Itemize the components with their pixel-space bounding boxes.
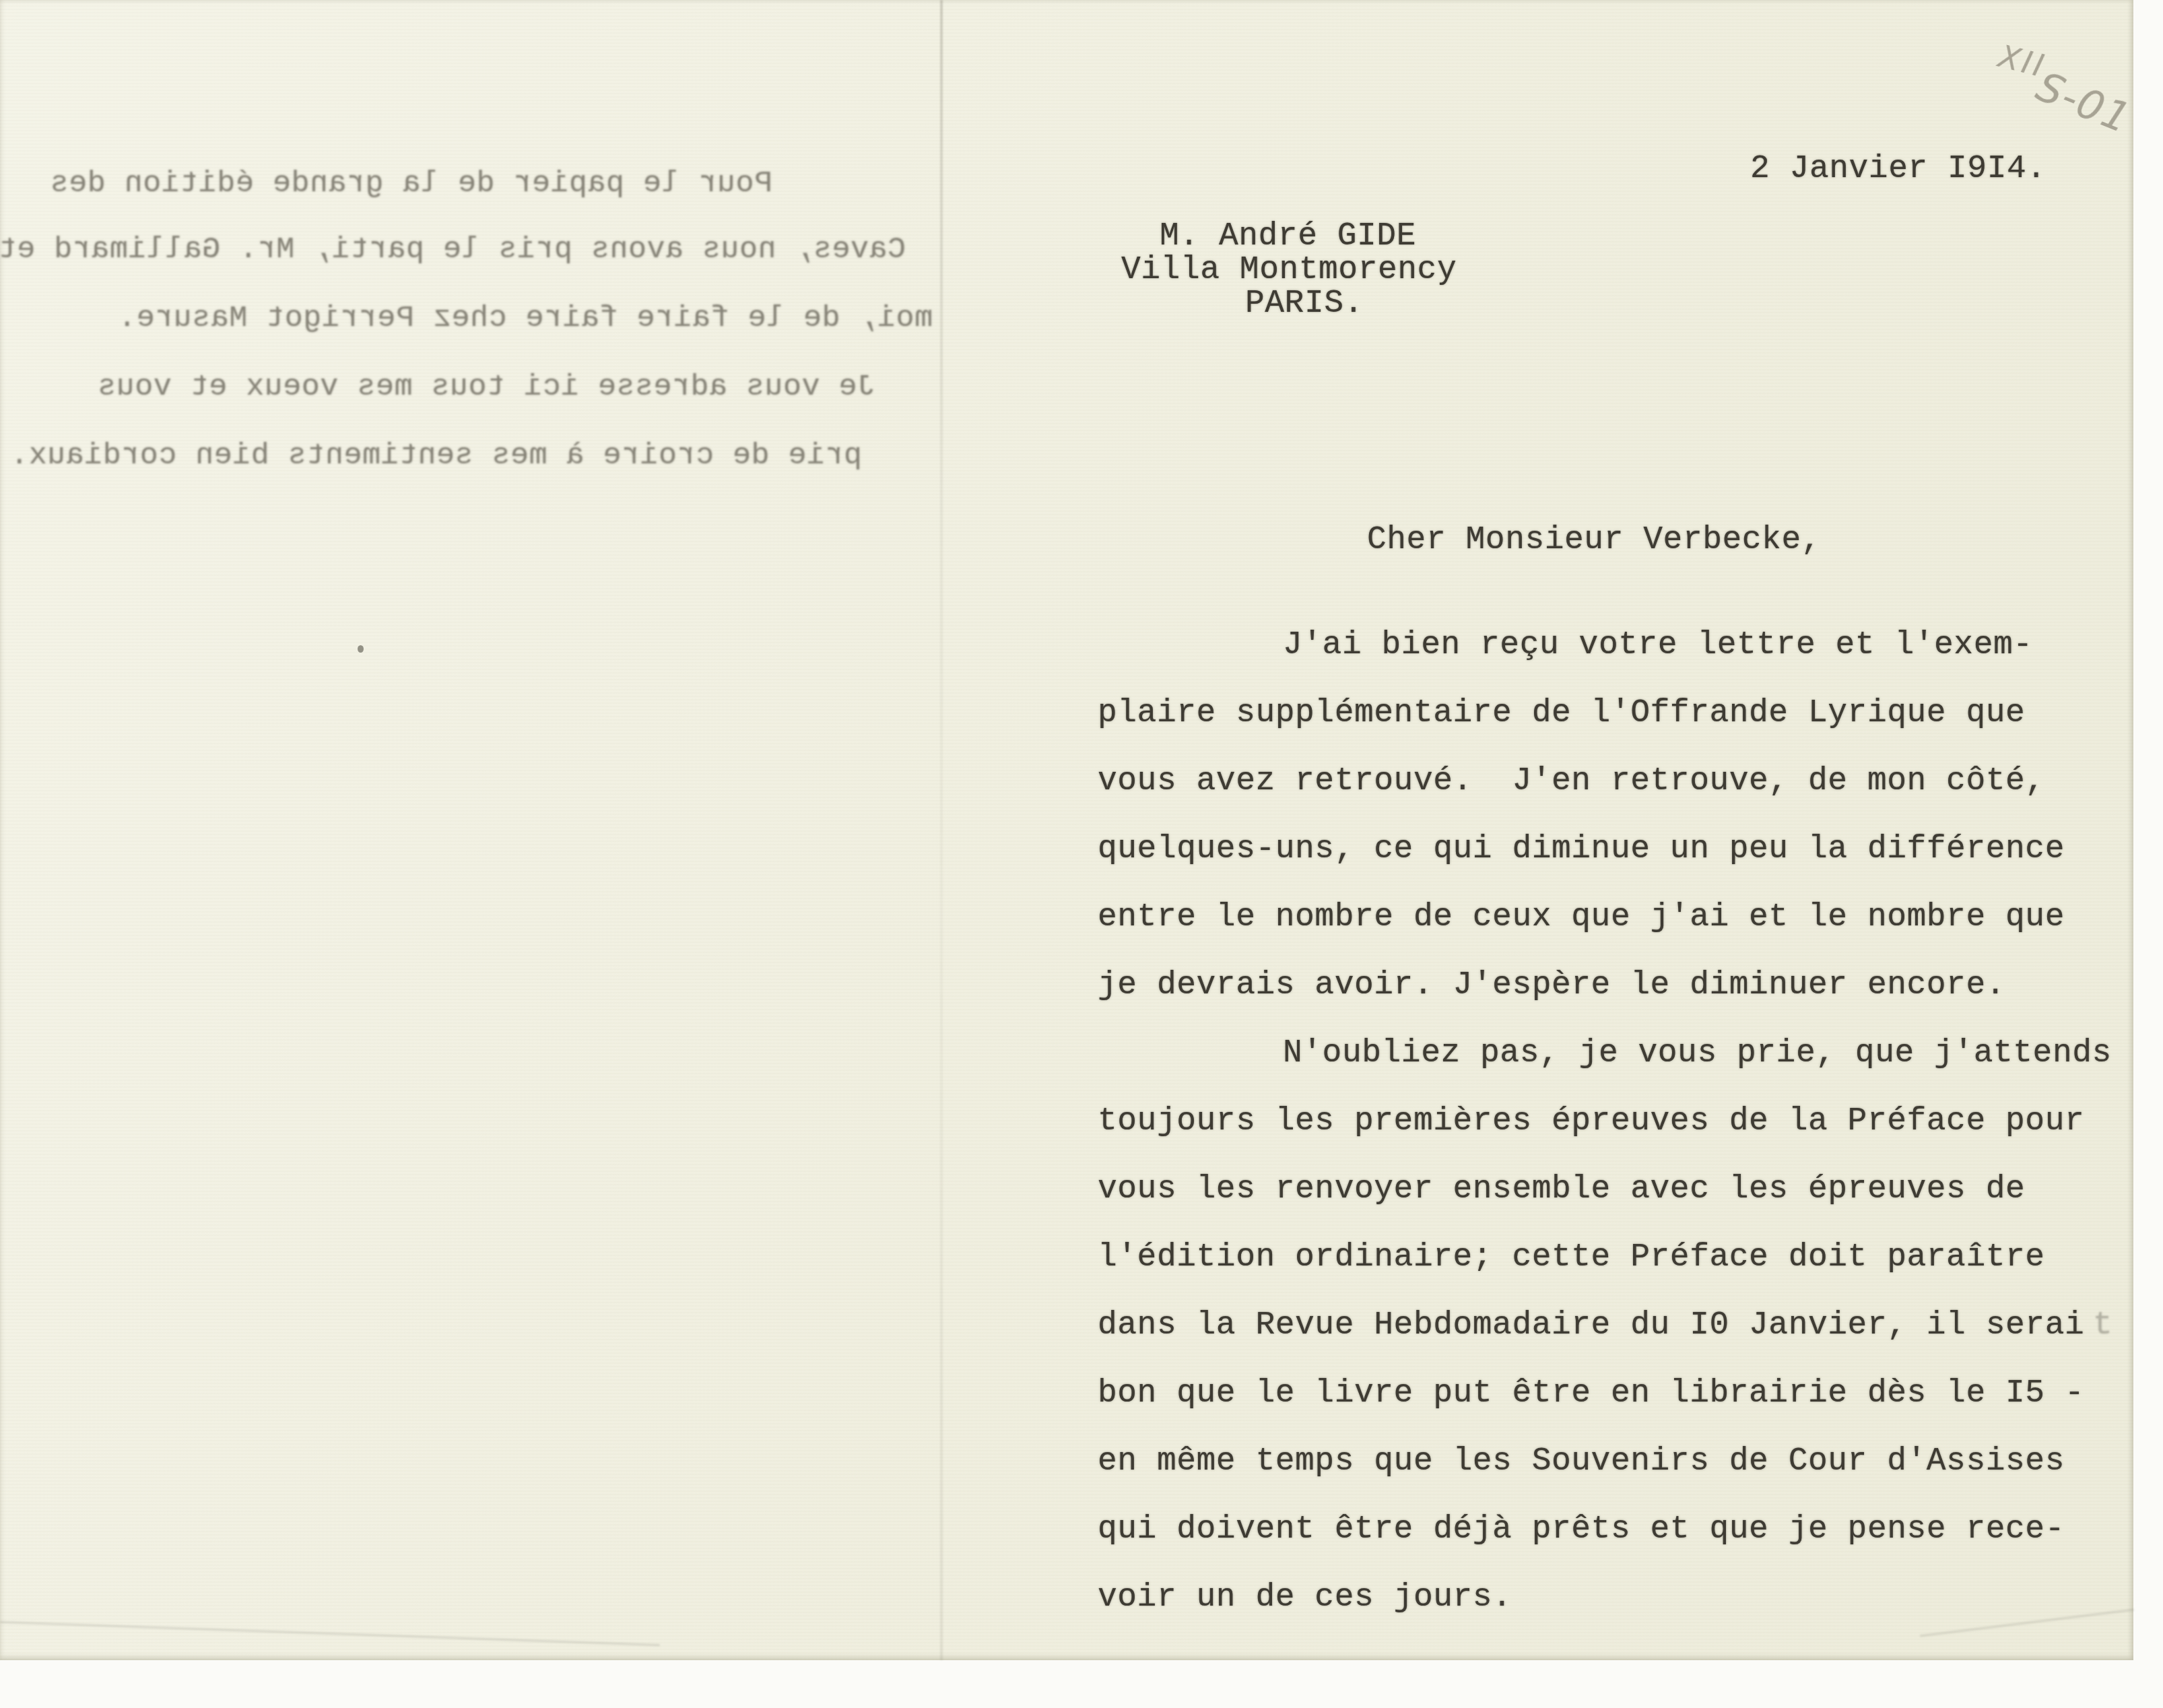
salutation: Cher Monsieur Verbecke,: [1367, 523, 1821, 558]
body-line: je devrais avoir. J'espère le diminuer e…: [1098, 968, 2005, 1003]
body-line: l'édition ordinaire; cette Préface doit …: [1098, 1240, 2045, 1275]
body-line: en même temps que les Souvenirs de Cour …: [1098, 1444, 2065, 1479]
bleedthrough-line: Caves, nous avons pris le parti, Mr. Gal…: [0, 232, 906, 267]
clipped-character: t: [2093, 1308, 2112, 1343]
body-line: vous avez retrouvé. J'en retrouve, de mo…: [1098, 764, 2045, 799]
date-line: 2 Janvier I9I4.: [1750, 152, 2046, 187]
body-line: J'ai bien reçu votre lettre et l'exem-: [1283, 628, 2033, 663]
recipient-name: M. André GIDE: [1160, 219, 1416, 254]
bottom-left-crease: [0, 1621, 660, 1646]
body-line: toujours les premières épreuves de la Pr…: [1098, 1104, 2084, 1139]
letter-page: Pour le papier de la grande édition des …: [0, 0, 2133, 1660]
recipient-city: PARIS.: [1245, 286, 1364, 321]
body-line: quelques-uns, ce qui diminue un peu la d…: [1098, 832, 2065, 867]
bleedthrough-line: moi, de le faire faire chez Perrigot Mas…: [118, 301, 933, 335]
bleedthrough-line: Je vous adresse ici tous mes voeux et vo…: [98, 370, 875, 404]
body-line: N'oubliez pas, je vous prie, que j'atten…: [1283, 1036, 2112, 1071]
body-line: bon que le livre put être en librairie d…: [1098, 1376, 2084, 1411]
body-line: vous les renvoyer ensemble avec les épre…: [1098, 1172, 2025, 1207]
body-line: plaire supplémentaire de l'Offrande Lyri…: [1098, 696, 2025, 731]
ink-speck: [358, 645, 364, 653]
bleedthrough-line: Pour le papier de la grande édition des: [50, 166, 772, 201]
body-line: voir un de ces jours.: [1098, 1580, 1512, 1615]
bleedthrough-line: prie de croire à mes sentiments bien cor…: [10, 438, 862, 473]
body-line: entre le nombre de ceux que j'ai et le n…: [1098, 900, 2065, 935]
recipient-address: Villa Montmorency: [1121, 253, 1457, 288]
body-line: qui doivent être déjà prêts et que je pe…: [1098, 1512, 2065, 1547]
body-line: dans la Revue Hebdomadaire du I0 Janvier…: [1098, 1308, 2084, 1343]
bleedthrough-text-block: Pour le papier de la grande édition des …: [0, 0, 943, 606]
pencil-annotation-s01: S-01: [2030, 63, 2137, 143]
bottom-right-crease: [1920, 1609, 2134, 1637]
